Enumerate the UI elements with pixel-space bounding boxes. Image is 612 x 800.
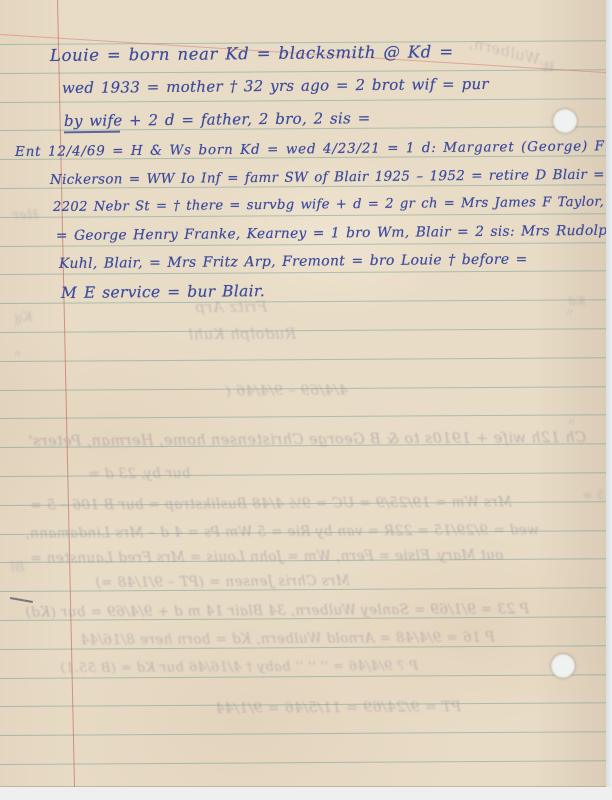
handwritten-line: Louie = born near Kd = blacksmith @ Kd = [50,42,454,65]
ghost-fragment: Bl [10,560,25,575]
ghost-line: PT = 9/24/69 = 11/5/46 = 9/1/44 [215,699,461,717]
punch-hole-top [553,109,577,133]
punch-hole-bottom [551,654,575,678]
ghost-line: Mrs Chris Jensen = (PT – 9/1/48 =) [95,573,350,591]
ditto-mark: 〃 [566,414,577,430]
ghost-fragment: 5 = [582,488,605,502]
handwritten-line: M E service = bur Blair. [61,282,265,302]
ghost-line: bur by, 23 d = [88,466,191,483]
ghost-line: Rudolph Kuhl [188,325,296,344]
ghost-fragment: W [540,60,555,76]
ghost-line: P 16 = 9/4/48 = Arnold Wulbern, Kd = bor… [80,630,495,649]
ghost-line: Mrs Wm = 19/25/9 = UC = 9½ 4/48 Buslikst… [30,494,512,513]
ghost-fragment: Her [12,208,39,223]
ghost-line: out Mary. Elsie = Fern, Wm = John Louis … [30,547,503,566]
ghost-line: P ? 9/4/46 = '' '' '' baby † 4/16/46 bur… [60,659,418,677]
handwritten-line: by wife + 2 d = father, 2 bro, 2 sis = [64,109,371,130]
ditto-mark: 〃 [12,316,23,332]
scanner-edge-bottom [0,787,612,800]
scanned-notebook-page: Louie = born near Kd = blacksmith @ Kd =… [0,0,612,800]
scanner-edge-right [606,0,612,787]
ditto-mark: 〃 [12,346,23,362]
ghost-line: 4/4/69 – 9/4/46 ( [225,383,348,400]
ditto-mark: 〃 [564,304,575,320]
